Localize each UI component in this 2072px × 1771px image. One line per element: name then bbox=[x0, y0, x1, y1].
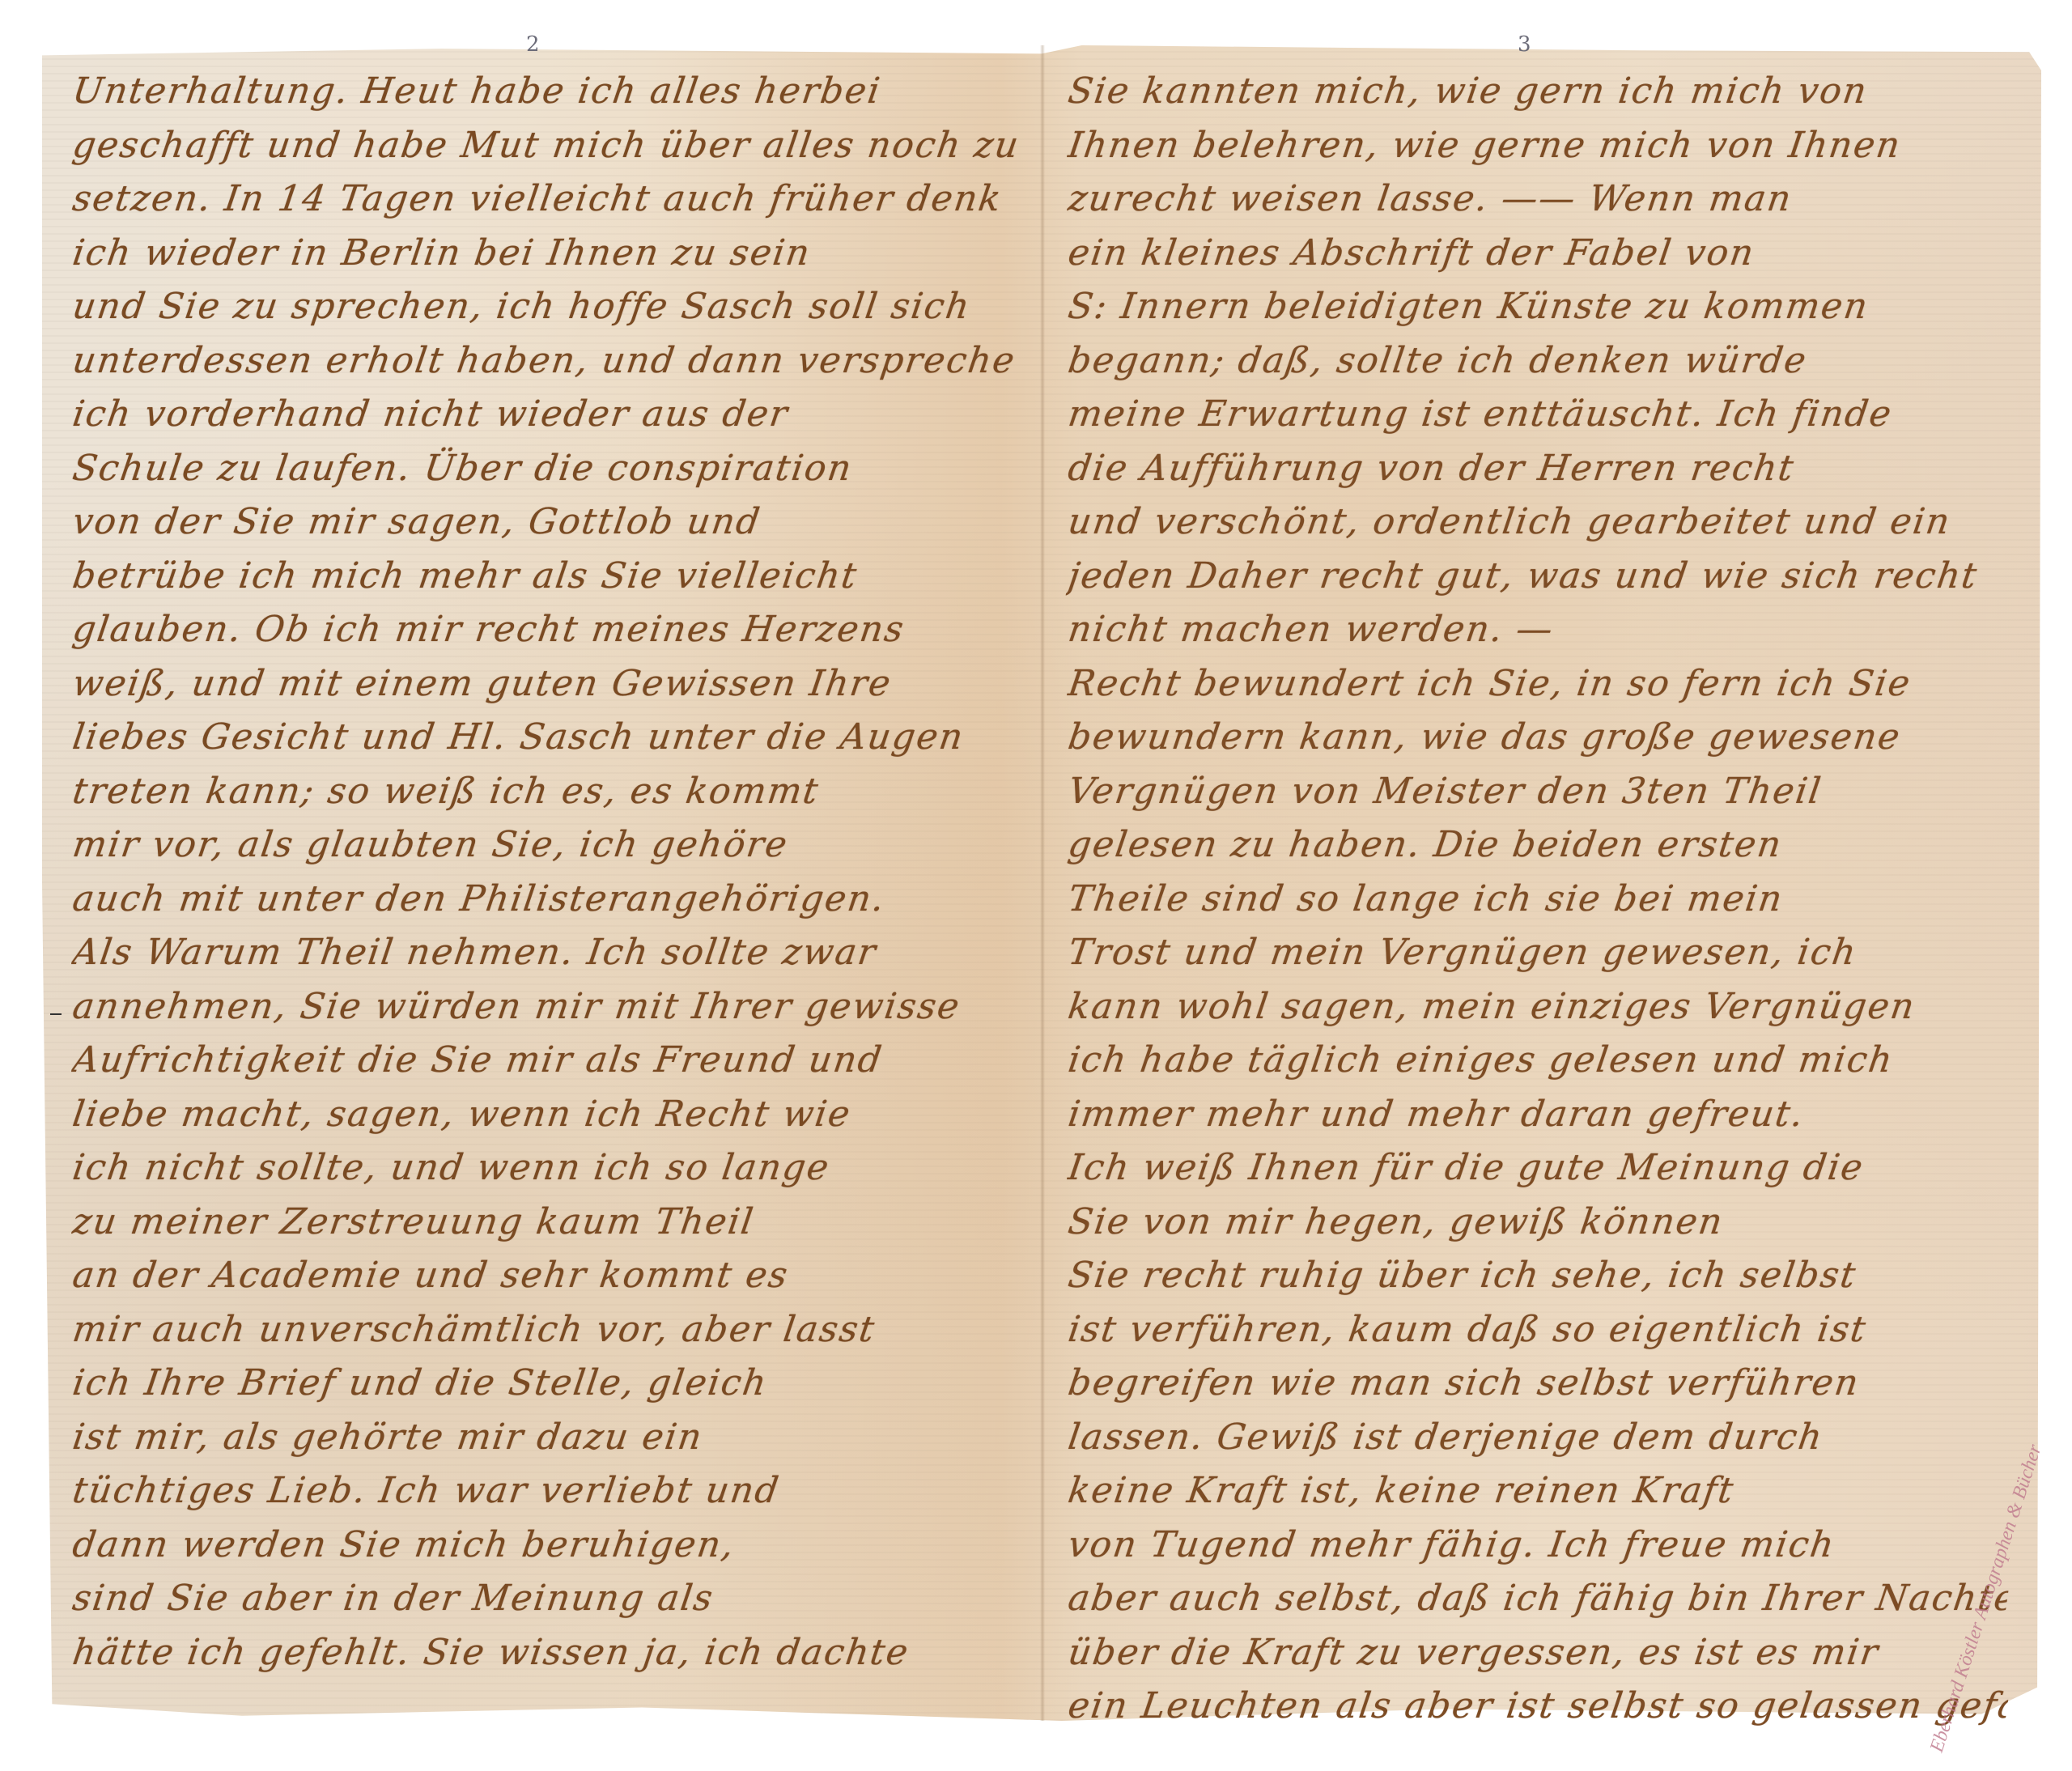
text-line: ich habe täglich einiges gelesen und mic… bbox=[1064, 1034, 2010, 1088]
text-line: S: Innern beleidigten Künste zu kommen bbox=[1064, 280, 2010, 334]
page-number: 2 bbox=[526, 32, 540, 57]
text-line: Sie kannten mich, wie gern ich mich von bbox=[1064, 65, 2010, 119]
text-line: jeden Daher recht gut, was und wie sich … bbox=[1064, 550, 2010, 604]
text-line: geschafft und habe Mut mich über alles n… bbox=[69, 119, 1031, 173]
text-line: Theile sind so lange ich sie bei mein bbox=[1064, 873, 2010, 927]
text-line: immer mehr und mehr daran gefreut. bbox=[1064, 1088, 2010, 1142]
text-line: sind Sie aber in der Meinung als bbox=[69, 1572, 1031, 1626]
text-line: nicht machen werden. — bbox=[1064, 603, 2010, 657]
text-line: weiß, und mit einem guten Gewissen Ihre bbox=[69, 657, 1031, 711]
text-line: ein kleines Abschrift der Fabel von bbox=[1064, 227, 2010, 281]
text-line: und Sie zu sprechen, ich hoffe Sasch sol… bbox=[69, 280, 1031, 334]
text-line: unterdessen erholt haben, und dann versp… bbox=[69, 334, 1031, 389]
text-line: die Aufführung von der Herren recht bbox=[1064, 442, 2010, 496]
text-line: von der Sie mir sagen, Gottlob und bbox=[69, 495, 1031, 550]
text-line: begreifen wie man sich selbst verführen bbox=[1064, 1357, 2010, 1411]
text-line: tüchtiges Lieb. Ich war verliebt und bbox=[69, 1464, 1031, 1518]
text-line: zu meiner Zerstreuung kaum Theil bbox=[69, 1196, 1031, 1250]
handwritten-text: Sie kannten mich, wie gern ich mich vonI… bbox=[1068, 65, 2007, 1734]
text-line: ich Ihre Brief und die Stelle, gleich bbox=[69, 1357, 1031, 1411]
page-right: 3 Sie kannten mich, wie gern ich mich vo… bbox=[1068, 65, 2007, 1734]
text-line: keine Kraft ist, keine reinen Kraft bbox=[1064, 1464, 2010, 1518]
text-line: zurecht weisen lasse. —— Wenn man bbox=[1064, 172, 2010, 227]
text-line: Sie von mir hegen, gewiß können bbox=[1064, 1196, 2010, 1250]
text-line: mir vor, als glaubten Sie, ich gehöre bbox=[69, 818, 1031, 873]
text-line: an der Academie und sehr kommt es bbox=[69, 1249, 1031, 1303]
text-line: ist verführen, kaum daß so eigentlich is… bbox=[1064, 1303, 2010, 1357]
text-line: Ich weiß Ihnen für die gute Meinung die bbox=[1064, 1141, 2010, 1196]
text-line: setzen. In 14 Tagen vielleicht auch früh… bbox=[69, 172, 1031, 227]
page-number: 3 bbox=[1518, 32, 1531, 57]
text-line: von Tugend mehr fähig. Ich freue mich bbox=[1064, 1518, 2010, 1573]
text-line: glauben. Ob ich mir recht meines Herzens bbox=[69, 603, 1031, 657]
text-line: meine Erwartung ist enttäuscht. Ich find… bbox=[1064, 388, 2010, 442]
text-line: ich vorderhand nicht wieder aus der bbox=[69, 388, 1031, 442]
text-line: Sie recht ruhig über ich sehe, ich selbs… bbox=[1064, 1249, 2010, 1303]
text-line: begann; daß, sollte ich denken würde bbox=[1064, 334, 2010, 389]
text-line: Aufrichtigkeit die Sie mir als Freund un… bbox=[69, 1034, 1031, 1088]
text-line: Als Warum Theil nehmen. Ich sollte zwar bbox=[69, 926, 1031, 980]
text-line: Vergnügen von Meister den 3ten Theil bbox=[1064, 765, 2010, 819]
text-line: Trost und mein Vergnügen gewesen, ich bbox=[1064, 926, 2010, 980]
text-line: hätte ich gefehlt. Sie wissen ja, ich da… bbox=[69, 1626, 1031, 1680]
text-line: Recht bewundert ich Sie, in so fern ich … bbox=[1064, 657, 2010, 711]
text-line: Schule zu laufen. Über die conspiration bbox=[69, 442, 1031, 496]
text-line: Ihnen belehren, wie gerne mich von Ihnen bbox=[1064, 119, 2010, 173]
text-line: dann werden Sie mich beruhigen, bbox=[69, 1518, 1031, 1573]
text-line: treten kann; so weiß ich es, es kommt bbox=[69, 765, 1031, 819]
text-line: ist mir, als gehörte mir dazu ein bbox=[69, 1411, 1031, 1465]
text-line: aber auch selbst, daß ich fähig bin Ihre… bbox=[1064, 1572, 2010, 1626]
text-line: ein Leuchten als aber ist selbst so gela… bbox=[1064, 1680, 2010, 1734]
text-line: gelesen zu haben. Die beiden ersten bbox=[1064, 818, 2010, 873]
text-line: über die Kraft zu vergessen, es ist es m… bbox=[1064, 1626, 2010, 1680]
text-line: Unterhaltung. Heut habe ich alles herbei bbox=[69, 65, 1031, 119]
text-line: mir auch unverschämtlich vor, aber lasst bbox=[69, 1303, 1031, 1357]
page-left: 2 Unterhaltung. Heut habe ich alles herb… bbox=[73, 65, 1028, 1680]
text-line: lassen. Gewiß ist derjenige dem durch bbox=[1064, 1411, 2010, 1465]
handwritten-text: Unterhaltung. Heut habe ich alles herbei… bbox=[73, 65, 1028, 1680]
text-line: betrübe ich mich mehr als Sie vielleicht bbox=[69, 550, 1031, 604]
text-line: und verschönt, ordentlich gearbeitet und… bbox=[1064, 495, 2010, 550]
text-line: ich nicht sollte, und wenn ich so lange bbox=[69, 1141, 1031, 1196]
text-line: auch mit unter den Philisterangehörigen. bbox=[69, 873, 1031, 927]
text-line: liebe macht, sagen, wenn ich Recht wie bbox=[69, 1088, 1031, 1142]
text-line: kann wohl sagen, mein einziges Vergnügen bbox=[1064, 980, 2010, 1034]
center-fold bbox=[1040, 45, 1045, 1721]
margin-mark bbox=[50, 1013, 62, 1015]
text-line: annehmen, Sie würden mir mit Ihrer gewis… bbox=[69, 980, 1031, 1034]
text-line: ich wieder in Berlin bei Ihnen zu sein bbox=[69, 227, 1031, 281]
text-line: bewundern kann, wie das große gewesene bbox=[1064, 711, 2010, 765]
text-line: liebes Gesicht und Hl. Sasch unter die A… bbox=[69, 711, 1031, 765]
